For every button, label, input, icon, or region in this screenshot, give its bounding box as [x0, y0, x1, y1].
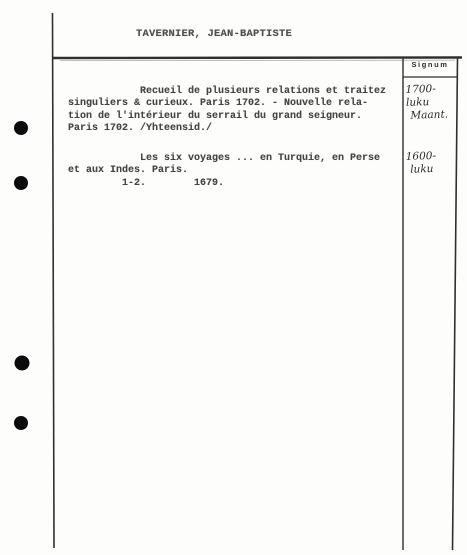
signum-value: 1600- luku: [406, 149, 459, 177]
signum-line: Maant.: [406, 108, 458, 123]
entry-line: Les six voyages ... en Turquie, en Perse: [68, 153, 398, 165]
top-rule: [52, 58, 462, 59]
hole-punch: [15, 356, 30, 371]
catalog-entry: Recueil de plusieurs relations et traite…: [68, 86, 398, 136]
hole-punch: [14, 176, 28, 190]
entry-line: singuliers & curieux. Paris 1702. - Nouv…: [68, 98, 398, 110]
signum-value: 1700-luku Maant.: [405, 82, 458, 123]
card-rules: [0, 0, 467, 555]
signum-right-rule: [453, 58, 458, 550]
signum-line: luku: [406, 162, 458, 177]
entry-line: tion de l'intérieur du serrail du grand …: [68, 111, 398, 123]
hole-punch: [14, 416, 28, 430]
card-heading: TAVERNIER, JEAN-BAPTISTE: [136, 28, 292, 40]
entry-line: et aux Indes. Paris.: [68, 165, 398, 177]
signum-line: 1700-luku: [405, 82, 458, 110]
catalog-entry: Les six voyages ... en Turquie, en Perse…: [68, 153, 398, 190]
entry-line: Paris 1702. /Yhteensid./: [68, 123, 398, 135]
entry-line: Recueil de plusieurs relations et traite…: [68, 86, 398, 98]
catalog-card: TAVERNIER, JEAN-BAPTISTE Signum Recueil …: [0, 0, 467, 555]
entry-line: 1-2. 1679.: [68, 178, 398, 190]
signum-column-header: Signum: [403, 60, 457, 69]
left-margin-rule: [53, 13, 55, 548]
hole-punch: [14, 121, 28, 135]
